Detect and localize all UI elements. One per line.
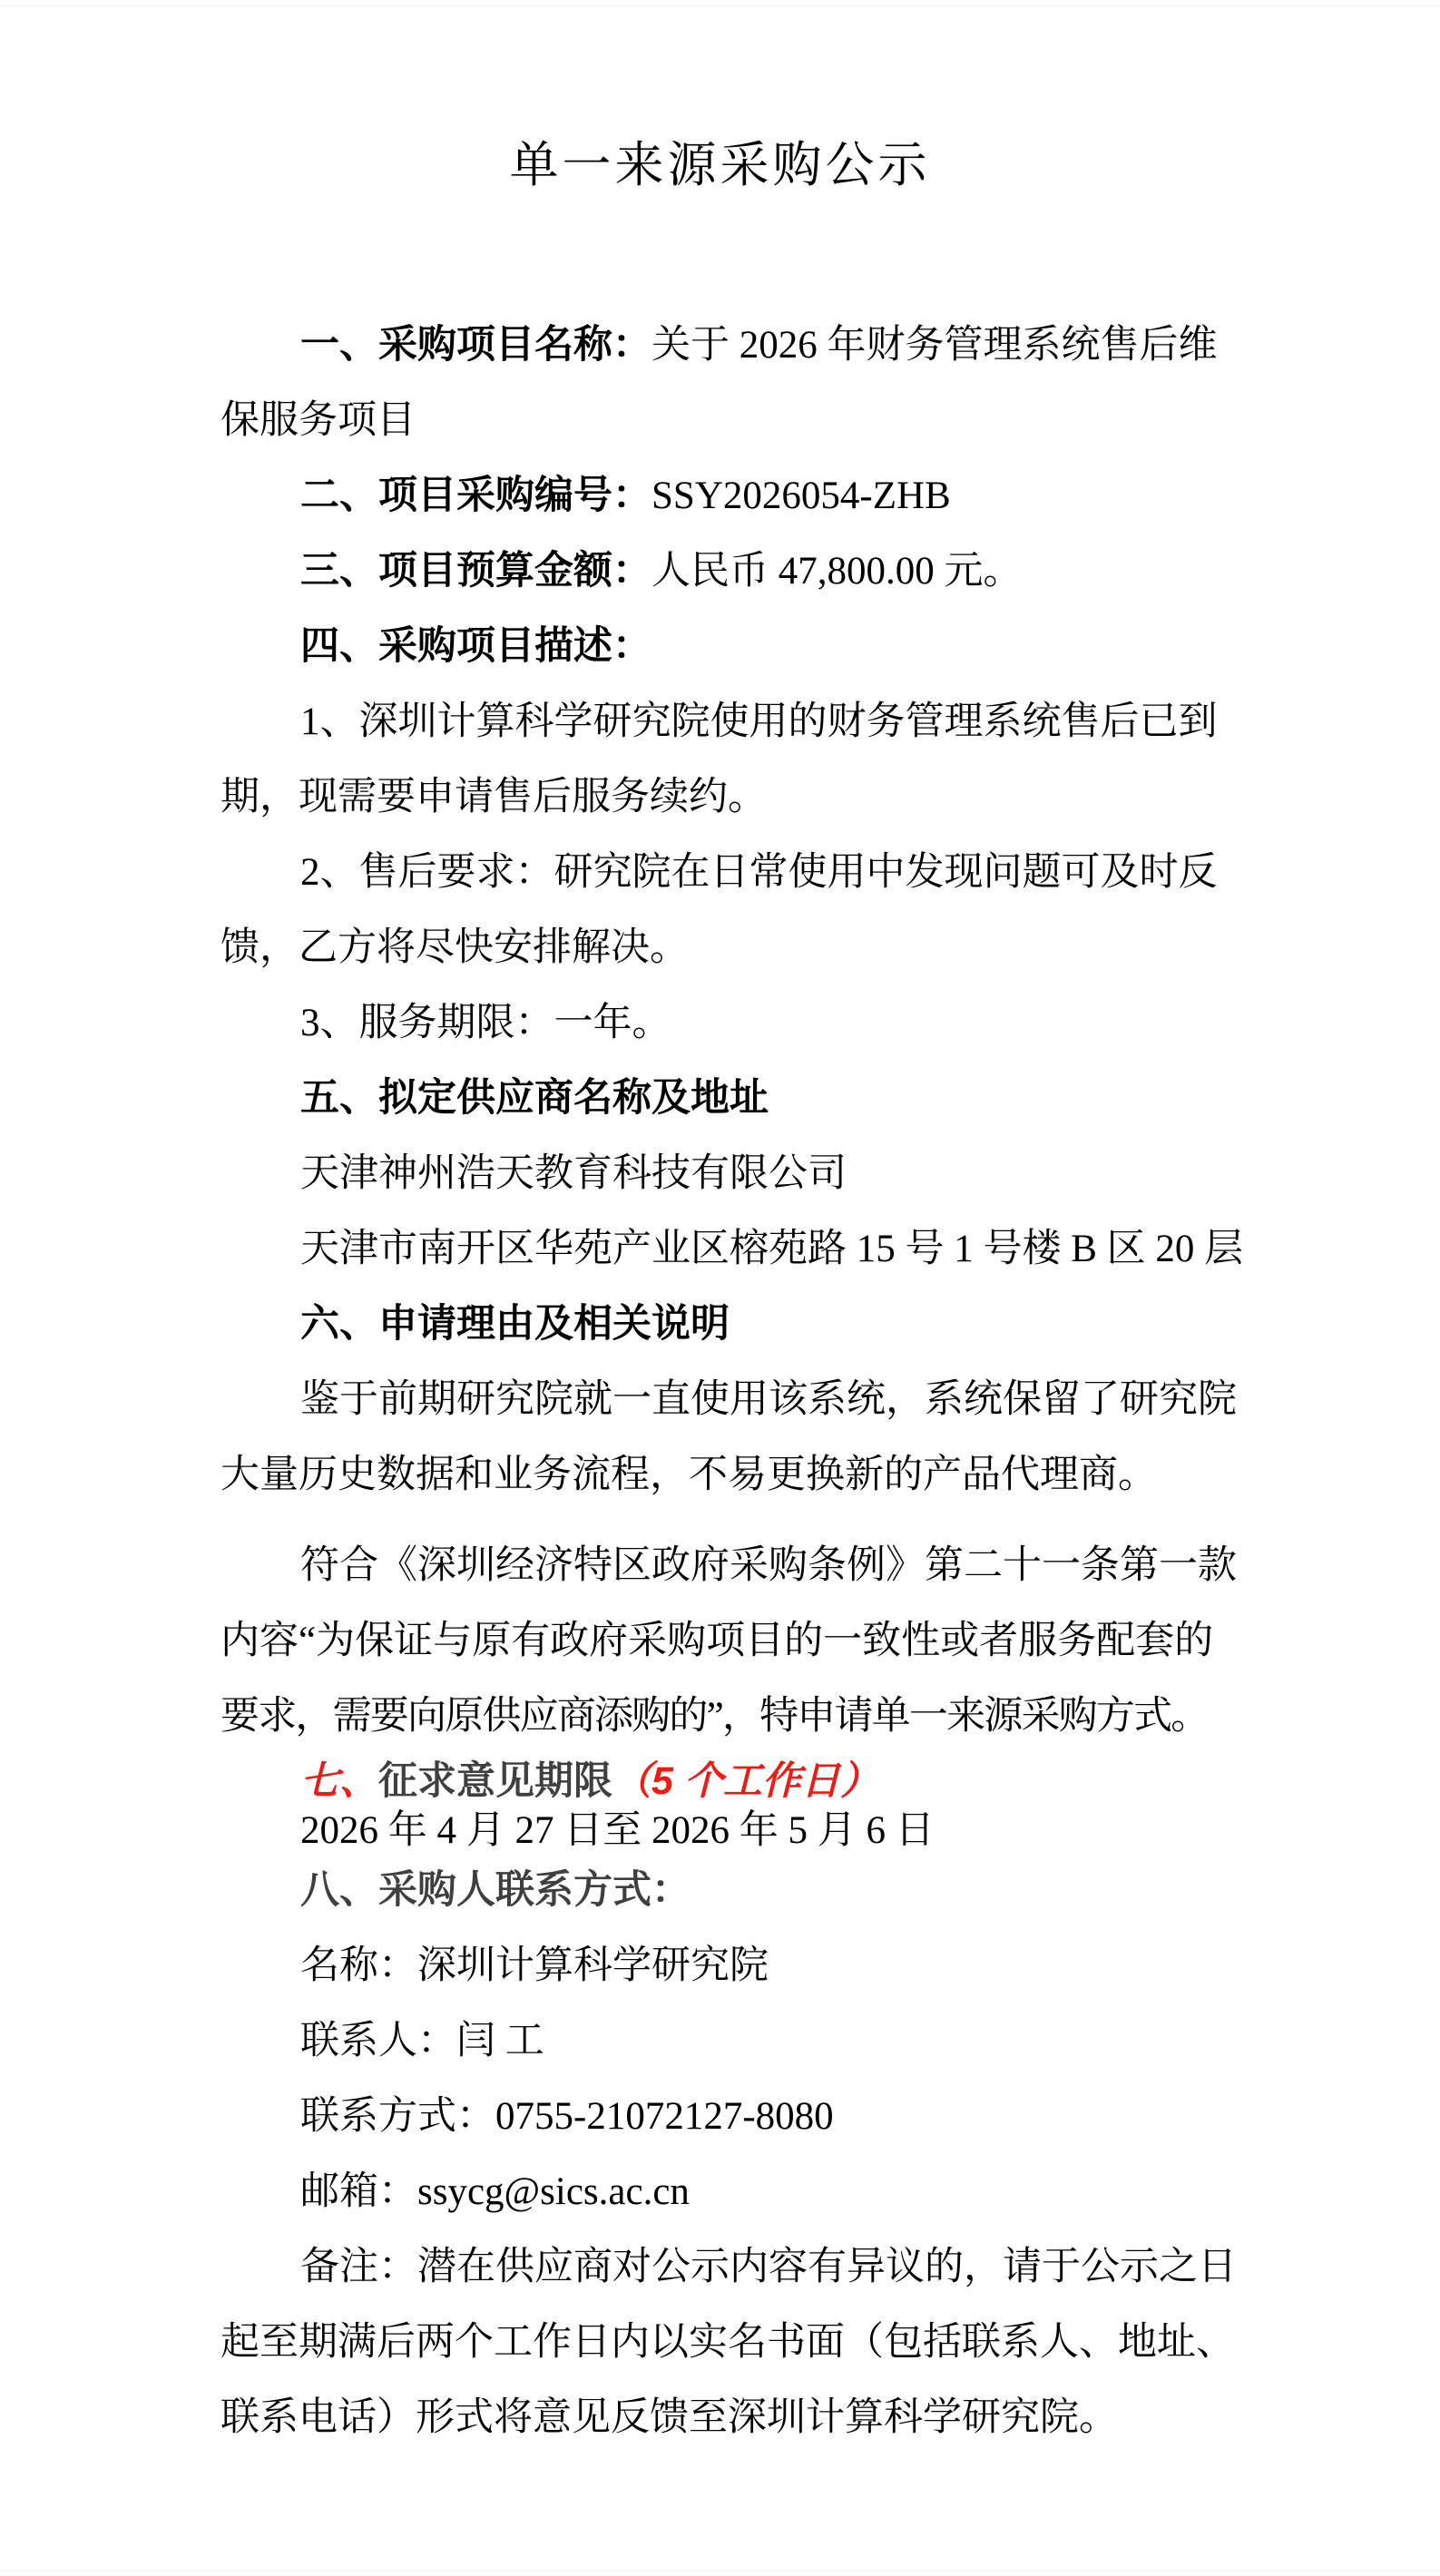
sec8-contact-person: 联系人：闫 工 (220, 2003, 1234, 2079)
text-segment-heading-soft: 八、采购人联系方式： (300, 1868, 691, 1912)
text-segment-heading: 三、项目预算金额： (300, 549, 651, 593)
text-segment-body: 天津市南开区华苑产业区榕苑路 15 号 1 号楼 B 区 20 层 (300, 1228, 1243, 1270)
sec1-project-name-b: 保服务项目 (220, 383, 1234, 458)
text-segment-body: 人民币 47,800.00 元。 (651, 550, 1023, 593)
text-segment-heading-soft: 征求意见期限 (378, 1759, 612, 1803)
sec6-reason-b: 大量历史数据和业务流程，不易更换新的产品代理商。 (220, 1437, 1234, 1513)
sec4-item1-a: 1、深圳计算科学研究院使用的财务管理系统售后已到 (220, 684, 1234, 759)
text-segment-body: 要求，需要向原供应商添购的”，特申请单一来源采购方式。 (220, 1695, 1209, 1738)
sec4-item3: 3、服务期限：一年。 (220, 985, 1234, 1061)
text-segment-body: 1、深圳计算科学研究院使用的财务管理系统售后已到 (300, 700, 1218, 743)
page-title: 单一来源采购公示 (0, 0, 1440, 194)
sec8-contact-name: 名称：深圳计算科学研究院 (220, 1928, 1234, 2003)
sec6-legal-a: 符合《深圳经济特区政府采购条例》第二十一条第一款 (220, 1528, 1234, 1603)
sec5-supplier-address: 天津市南开区华苑产业区榕苑路 15 号 1 号楼 B 区 20 层 (220, 1211, 1234, 1287)
sec4-item1-b: 期，现需要申请售后服务续约。 (220, 759, 1234, 835)
sec8-remark-c: 联系电话）形式将意见反馈至深圳计算科学研究院。 (220, 2380, 1234, 2455)
text-segment-body: SSY2026054-ZHB (651, 475, 951, 517)
sec7-comment-period-heading: 七、征求意见期限（5 个工作日） (220, 1754, 1234, 1809)
text-segment-body: 联系方式：0755-21072127-8080 (300, 2095, 834, 2138)
text-segment-body: 邮箱：ssycg@sics.ac.cn (300, 2170, 690, 2213)
sec5-supplier-heading: 五、拟定供应商名称及地址 (220, 1061, 1234, 1136)
sec6-legal-b: 内容“为保证与原有政府采购项目的一致性或者服务配套的 (220, 1603, 1234, 1679)
sec4-item2-b: 馈，乙方将尽快安排解决。 (220, 910, 1234, 985)
text-segment-body: 联系人：闫 工 (300, 2020, 544, 2062)
text-segment-heading: 五、拟定供应商名称及地址 (300, 1076, 769, 1120)
sec3-budget: 三、项目预算金额：人民币 47,800.00 元。 (220, 534, 1234, 609)
text-segment-body: 天津神州浩天教育科技有限公司 (300, 1152, 847, 1195)
sec8-contact-heading: 八、采购人联系方式： (220, 1853, 1234, 1928)
text-segment-body: 保服务项目 (220, 399, 416, 442)
sec8-remark-b: 起至期满后两个工作日内以实名书面（包括联系人、地址、 (220, 2305, 1234, 2380)
text-segment-red-italic: （5 个工作日） (612, 1759, 879, 1803)
document-body: 一、采购项目名称：关于 2026 年财务管理系统售后维保服务项目二、项目采购编号… (220, 308, 1234, 2455)
text-segment-red-italic: 七、 (300, 1759, 378, 1803)
sec6-legal-c: 要求，需要向原供应商添购的”，特申请单一来源采购方式。 (220, 1679, 1234, 1754)
sec8-contact-phone: 联系方式：0755-21072127-8080 (220, 2079, 1234, 2154)
text-segment-body: 联系电话）形式将意见反馈至深圳计算科学研究院。 (220, 2396, 1118, 2439)
text-segment-body: 鉴于前期研究院就一直使用该系统，系统保留了研究院 (300, 1378, 1237, 1421)
sec2-procurement-no: 二、项目采购编号：SSY2026054-ZHB (220, 458, 1234, 534)
text-segment-body: 内容“为保证与原有政府采购项目的一致性或者服务配套的 (220, 1620, 1213, 1662)
text-segment-body: 2、售后要求：研究院在日常使用中发现问题可及时反 (300, 851, 1218, 894)
text-segment-body: 名称：深圳计算科学研究院 (300, 1944, 769, 1987)
sec6-reason-heading: 六、申请理由及相关说明 (220, 1287, 1234, 1362)
sec8-remark-a: 备注：潜在供应商对公示内容有异议的，请于公示之日 (220, 2229, 1234, 2305)
sec8-contact-email: 邮箱：ssycg@sics.ac.cn (220, 2154, 1234, 2229)
text-segment-body: 大量历史数据和业务流程，不易更换新的产品代理商。 (220, 1454, 1157, 1496)
text-segment-body: 3、服务期限：一年。 (300, 1002, 671, 1044)
text-segment-heading: 六、申请理由及相关说明 (300, 1302, 730, 1346)
sec5-supplier-name: 天津神州浩天教育科技有限公司 (220, 1136, 1234, 1211)
text-segment-body: 符合《深圳经济特区政府采购条例》第二十一条第一款 (300, 1544, 1237, 1587)
text-segment-body: 起至期满后两个工作日内以实名书面（包括联系人、地址、 (220, 2321, 1235, 2364)
text-segment-body: 期，现需要申请售后服务续约。 (220, 776, 767, 818)
sec4-item2-a: 2、售后要求：研究院在日常使用中发现问题可及时反 (220, 835, 1234, 910)
text-segment-body: 馈，乙方将尽快安排解决。 (220, 926, 689, 969)
sec7-comment-period-dates: 2026 年 4 月 27 日至 2026 年 5 月 6 日 (220, 1809, 1234, 1853)
text-segment-heading: 一、采购项目名称： (300, 323, 651, 367)
text-segment-body: 关于 2026 年财务管理系统售后维 (651, 324, 1218, 367)
sec4-description-heading: 四、采购项目描述： (220, 609, 1234, 684)
document-page: 单一来源采购公示 一、采购项目名称：关于 2026 年财务管理系统售后维保服务项… (0, 0, 1440, 2576)
text-segment-heading: 四、采购项目描述： (300, 624, 651, 668)
text-segment-heading: 二、项目采购编号： (300, 474, 651, 517)
sec6-reason-a: 鉴于前期研究院就一直使用该系统，系统保留了研究院 (220, 1362, 1234, 1437)
text-segment-body: 备注：潜在供应商对公示内容有异议的，请于公示之日 (300, 2246, 1237, 2288)
text-segment-body: 2026 年 4 月 27 日至 2026 年 5 月 6 日 (300, 1809, 935, 1852)
sec1-project-name-a: 一、采购项目名称：关于 2026 年财务管理系统售后维 (220, 308, 1234, 383)
